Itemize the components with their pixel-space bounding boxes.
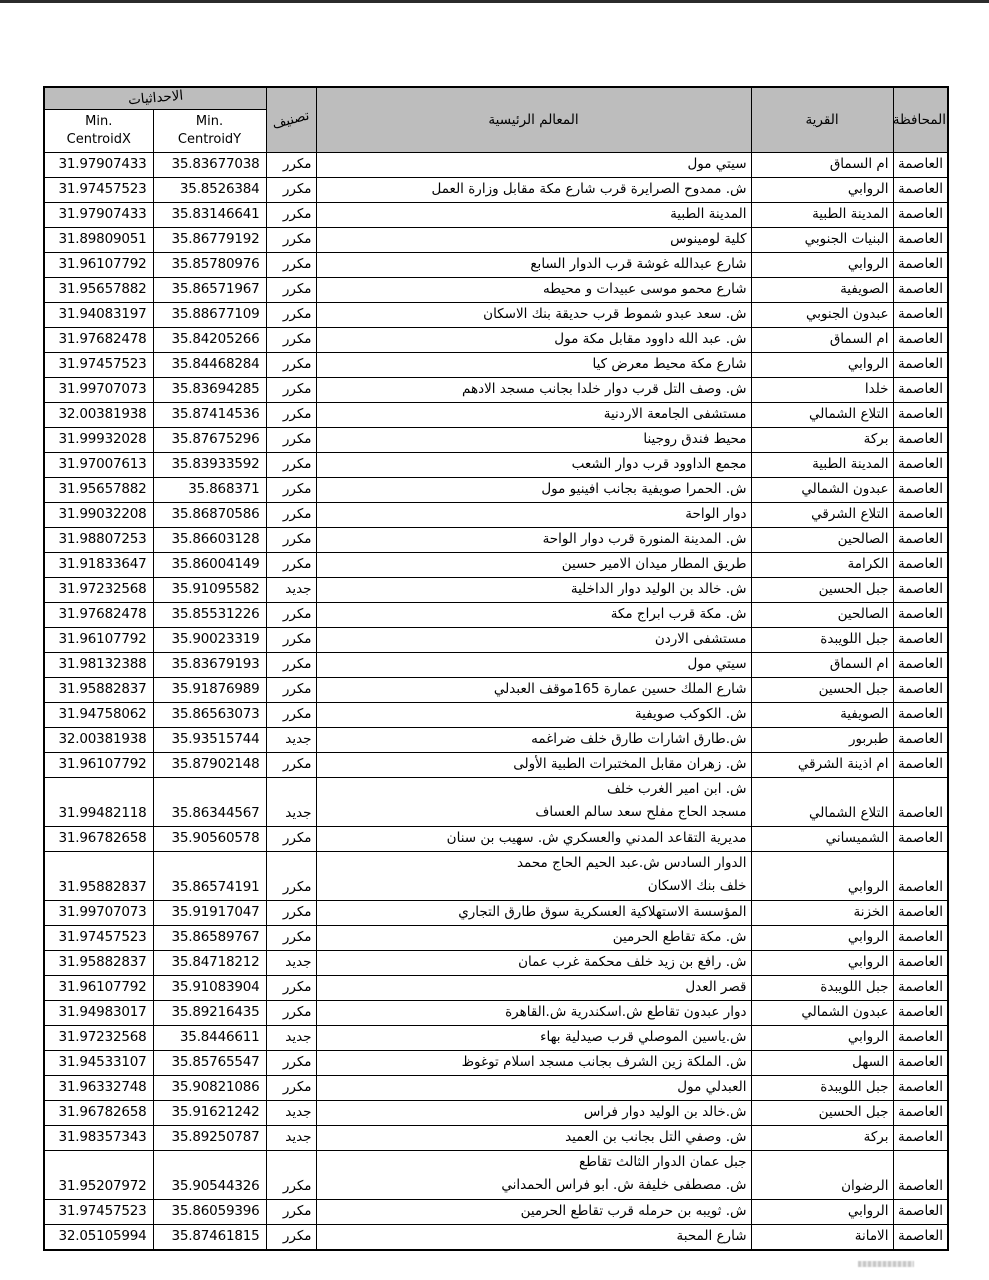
table-row: العاصمة جبل الحسين ش.خالد بن الوليد دوار… (44, 1100, 948, 1125)
cell-centroid-x: 31.94983017 (44, 1000, 153, 1025)
cell-centroid-x: 32.05105994 (44, 1224, 153, 1250)
cell-classification: مكرر (266, 851, 316, 900)
table-row: العاصمة ام السماق سيتي مول مكرر 35.83679… (44, 652, 948, 677)
cell-centroid-x: 31.97682478 (44, 602, 153, 627)
cell-classification: مكرر (266, 177, 316, 202)
cell-classification: مكرر (266, 702, 316, 727)
header-coordinates-label: الاحداثيات (127, 88, 183, 109)
cell-governorate: العاصمة (893, 925, 948, 950)
header-village-label: القرية (805, 112, 838, 128)
cell-village: الروابي (751, 1199, 893, 1224)
table-row: العاصمة ام السماق ش. عبد الله داوود مقاب… (44, 327, 948, 352)
header-governorate: المحافظة (893, 87, 948, 152)
table-row: العاصمة الكرامة طريق المطار ميدان الامير… (44, 552, 948, 577)
cell-governorate: العاصمة (893, 552, 948, 577)
cell-centroid-x: 31.96107792 (44, 627, 153, 652)
header-landmarks-label: المعالم الرئيسية (488, 112, 578, 128)
cell-landmark: دوار الواحة (316, 502, 751, 527)
cell-governorate: العاصمة (893, 1224, 948, 1250)
cell-centroid-x: 31.96782658 (44, 1100, 153, 1125)
cell-centroid-x: 31.97907433 (44, 202, 153, 227)
header-coordinates: الاحداثيات (44, 87, 266, 109)
cell-centroid-y: 35.85765547 (153, 1050, 266, 1075)
cell-centroid-x: 31.95882837 (44, 950, 153, 975)
cell-village: الروابي (751, 925, 893, 950)
cell-landmark: الدوار السادس ش.عبد الحيم الحاج محمدخلف … (316, 851, 751, 900)
table-row: العاصمة الرضوان جبل عمان الدوار الثالث ت… (44, 1150, 948, 1199)
cell-governorate: العاصمة (893, 1100, 948, 1125)
table-row: العاصمة البنيات الجنوبي كلية لومينوس مكر… (44, 227, 948, 252)
cell-landmark: ش. ابن امير الغرب خلفمسجد الحاج مفلح سعد… (316, 777, 751, 826)
cell-centroid-x: 32.00381938 (44, 727, 153, 752)
cell-landmark: ش. زهران مقابل المختبرات الطبية الأولى (316, 752, 751, 777)
cell-centroid-x: 31.98807253 (44, 527, 153, 552)
cell-landmark: قصر العدل (316, 975, 751, 1000)
cell-classification: مكرر (266, 277, 316, 302)
cell-landmark: شارع المحبة (316, 1224, 751, 1250)
cell-landmark: ش. الكوكب صويفية (316, 702, 751, 727)
cell-village: جبل اللويبدة (751, 1075, 893, 1100)
cell-governorate: العاصمة (893, 377, 948, 402)
cell-centroid-x: 31.97232568 (44, 1025, 153, 1050)
scan-artifact-line (0, 0, 989, 3)
cell-governorate: العاصمة (893, 202, 948, 227)
cell-centroid-y: 35.86574191 (153, 851, 266, 900)
cell-village: ام السماق (751, 327, 893, 352)
cell-centroid-y: 35.86344567 (153, 777, 266, 826)
table-row: العاصمة التلاع الشمالي مستشفى الجامعة ال… (44, 402, 948, 427)
table-row: العاصمة ام السماق سيتي مول مكرر 35.83677… (44, 152, 948, 177)
cell-governorate: العاصمة (893, 527, 948, 552)
table-row: العاصمة الروابي ش. ممدوح الصرايرة قرب شا… (44, 177, 948, 202)
table-row: العاصمة الصالحين ش. المدينة المنورة قرب … (44, 527, 948, 552)
cell-landmark: مجمع الداوود قرب دوار الشعب (316, 452, 751, 477)
table-row: العاصمة بركة محيط فندق روجينا مكرر 35.87… (44, 427, 948, 452)
cell-landmark: سيتي مول (316, 152, 751, 177)
cell-centroid-x: 31.97457523 (44, 1199, 153, 1224)
cell-centroid-x: 31.97457523 (44, 925, 153, 950)
cell-centroid-x: 31.97007613 (44, 452, 153, 477)
cell-centroid-x: 31.96107792 (44, 252, 153, 277)
cell-classification: مكرر (266, 352, 316, 377)
table-row: العاصمة الصويفية ش. الكوكب صويفية مكرر 3… (44, 702, 948, 727)
header-min-centroid-y: Min. CentroidY (153, 109, 266, 152)
cell-governorate: العاصمة (893, 851, 948, 900)
cell-village: الصويفية (751, 702, 893, 727)
cell-centroid-x: 31.97232568 (44, 577, 153, 602)
cell-centroid-x: 31.96782658 (44, 826, 153, 851)
cell-landmark: ش. وصف التل قرب دوار خلدا بجانب مسجد الا… (316, 377, 751, 402)
cell-governorate: العاصمة (893, 302, 948, 327)
cell-village: الروابي (751, 950, 893, 975)
table-body: العاصمة ام السماق سيتي مول مكرر 35.83677… (44, 152, 948, 1250)
cell-village: ام السماق (751, 152, 893, 177)
cell-centroid-y: 35.91876989 (153, 677, 266, 702)
cell-village: المدينة الطبية (751, 202, 893, 227)
cell-centroid-y: 35.83677038 (153, 152, 266, 177)
cell-classification: مكرر (266, 1199, 316, 1224)
header-classification: تصنيف (266, 87, 316, 152)
cell-centroid-y: 35.89250787 (153, 1125, 266, 1150)
cell-centroid-y: 35.91083904 (153, 975, 266, 1000)
cell-centroid-y: 35.90821086 (153, 1075, 266, 1100)
cell-classification: مكرر (266, 202, 316, 227)
cell-governorate: العاصمة (893, 452, 948, 477)
cell-governorate: العاصمة (893, 727, 948, 752)
cell-landmark: جبل عمان الدوار الثالث تقاطعش. مصطفى خلي… (316, 1150, 751, 1199)
cell-centroid-x: 32.00381938 (44, 402, 153, 427)
cell-landmark: ش. ثويبه بن حرمله قرب تقاطع الحرمين (316, 1199, 751, 1224)
cell-classification: جديد (266, 1025, 316, 1050)
cell-centroid-y: 35.86589767 (153, 925, 266, 950)
cell-classification: مكرر (266, 477, 316, 502)
cell-village: التلاع الشمالي (751, 777, 893, 826)
cell-governorate: العاصمة (893, 752, 948, 777)
table-row: العاصمة جبل الحسين ش. خالد بن الوليد دوا… (44, 577, 948, 602)
cell-governorate: العاصمة (893, 427, 948, 452)
cell-governorate: العاصمة (893, 1025, 948, 1050)
cell-village: طبربور (751, 727, 893, 752)
cell-classification: جديد (266, 577, 316, 602)
cell-landmark: المؤسسة الاستهلاكية العسكرية سوق طارق ال… (316, 900, 751, 925)
cell-centroid-y: 35.86059396 (153, 1199, 266, 1224)
cell-landmark: ش. رافع بن زيد خلف محكمة غرب عمان (316, 950, 751, 975)
table-row: العاصمة الصويفية شارع محمو موسى عبيدات و… (44, 277, 948, 302)
cell-village: السهل (751, 1050, 893, 1075)
cell-landmark: ش. وصفي التل بجانب بن العميد (316, 1125, 751, 1150)
cell-governorate: العاصمة (893, 1075, 948, 1100)
cell-classification: مكرر (266, 302, 316, 327)
table-row: العاصمة الصالحين ش. مكة قرب ابراج مكة مك… (44, 602, 948, 627)
cell-centroid-y: 35.85531226 (153, 602, 266, 627)
cell-classification: مكرر (266, 627, 316, 652)
cell-centroid-y: 35.83146641 (153, 202, 266, 227)
cell-village: بركة (751, 427, 893, 452)
cell-centroid-y: 35.84205266 (153, 327, 266, 352)
cell-village: الروابي (751, 851, 893, 900)
cell-centroid-x: 31.99707073 (44, 377, 153, 402)
table-row: العاصمة الروابي شارع عبدالله غوشة قرب ال… (44, 252, 948, 277)
cell-landmark: ش. الملكة زين الشرف بجانب مسجد اسلام توغ… (316, 1050, 751, 1075)
cell-landmark: سيتي مول (316, 652, 751, 677)
cell-centroid-y: 35.83679193 (153, 652, 266, 677)
cell-governorate: العاصمة (893, 602, 948, 627)
cell-classification: مكرر (266, 452, 316, 477)
cell-village: الصالحين (751, 602, 893, 627)
cell-governorate: العاصمة (893, 352, 948, 377)
cell-village: جبل الحسين (751, 1100, 893, 1125)
cell-governorate: العاصمة (893, 1125, 948, 1150)
cell-governorate: العاصمة (893, 327, 948, 352)
cell-village: الخزنة (751, 900, 893, 925)
cell-classification: جديد (266, 777, 316, 826)
cell-centroid-x: 31.96332748 (44, 1075, 153, 1100)
cell-governorate: العاصمة (893, 702, 948, 727)
cell-village: المدينة الطبية (751, 452, 893, 477)
cell-classification: جديد (266, 1125, 316, 1150)
cell-governorate: العاصمة (893, 402, 948, 427)
header-governorate-label: المحافظة (893, 112, 946, 128)
cell-centroid-x: 31.95657882 (44, 477, 153, 502)
table-row: العاصمة الشميساني مديرية التقاعد المدني … (44, 826, 948, 851)
cell-village: خلدا (751, 377, 893, 402)
cell-governorate: العاصمة (893, 152, 948, 177)
cell-governorate: العاصمة (893, 477, 948, 502)
cell-centroid-x: 31.91833647 (44, 552, 153, 577)
cell-classification: مكرر (266, 752, 316, 777)
header-classification-label: تصنيف (271, 107, 311, 132)
cell-centroid-x: 31.95207972 (44, 1150, 153, 1199)
table-row: العاصمة الامانة شارع المحبة مكرر 35.8746… (44, 1224, 948, 1250)
cell-classification: جديد (266, 1100, 316, 1125)
cell-landmark: طريق المطار ميدان الامير حسين (316, 552, 751, 577)
cell-landmark: ش.طارق اشارات طارق خلف ضراغمه (316, 727, 751, 752)
cell-landmark: ش. سعد عبدو شموط قرب حديقة بنك الاسكان (316, 302, 751, 327)
cell-centroid-y: 35.85780976 (153, 252, 266, 277)
cell-centroid-y: 35.87675296 (153, 427, 266, 452)
cell-village: الكرامة (751, 552, 893, 577)
cell-centroid-y: 35.87902148 (153, 752, 266, 777)
cell-centroid-y: 35.86571967 (153, 277, 266, 302)
cell-classification: مكرر (266, 1224, 316, 1250)
cell-classification: مكرر (266, 1050, 316, 1075)
cell-governorate: العاصمة (893, 627, 948, 652)
cell-village: جبل اللويبدة (751, 627, 893, 652)
cell-landmark: دوار عبدون تقاطع ش.اسكندرية ش.القاهرة (316, 1000, 751, 1025)
cell-centroid-x: 31.97457523 (44, 177, 153, 202)
cell-village: الروابي (751, 352, 893, 377)
cell-centroid-x: 31.98357343 (44, 1125, 153, 1150)
cell-centroid-y: 35.93515744 (153, 727, 266, 752)
cell-governorate: العاصمة (893, 1050, 948, 1075)
cell-centroid-x: 31.89809051 (44, 227, 153, 252)
cell-classification: مكرر (266, 826, 316, 851)
cell-classification: مكرر (266, 427, 316, 452)
cell-centroid-x: 31.97907433 (44, 152, 153, 177)
cell-governorate: العاصمة (893, 277, 948, 302)
cell-village: الامانة (751, 1224, 893, 1250)
cell-village: التلاع الشمالي (751, 402, 893, 427)
cell-classification: مكرر (266, 1000, 316, 1025)
cell-classification: مكرر (266, 677, 316, 702)
cell-centroid-x: 31.95882837 (44, 677, 153, 702)
cell-landmark: ش. مكة تقاطع الحرمين (316, 925, 751, 950)
cell-governorate: العاصمة (893, 577, 948, 602)
cell-centroid-y: 35.83933592 (153, 452, 266, 477)
cell-centroid-y: 35.86563073 (153, 702, 266, 727)
cell-landmark: ش. ممدوح الصرايرة قرب شارع مكة مقابل وزا… (316, 177, 751, 202)
table-row: العاصمة جبل اللويبدة العبدلي مول مكرر 35… (44, 1075, 948, 1100)
cell-village: جبل الحسين (751, 577, 893, 602)
cell-landmark: مديرية التقاعد المدني والعسكري ش. سهيب ب… (316, 826, 751, 851)
cell-landmark: ش. خالد بن الوليد دوار الداخلية (316, 577, 751, 602)
cell-classification: مكرر (266, 602, 316, 627)
cell-classification: مكرر (266, 502, 316, 527)
cell-village: جبل اللويبدة (751, 975, 893, 1000)
cell-classification: مكرر (266, 652, 316, 677)
cell-governorate: العاصمة (893, 900, 948, 925)
cell-classification: مكرر (266, 1075, 316, 1100)
cell-classification: مكرر (266, 152, 316, 177)
cell-village: الروابي (751, 1025, 893, 1050)
cell-village: عبدون الشمالي (751, 1000, 893, 1025)
cell-village: الروابي (751, 252, 893, 277)
cell-classification: جديد (266, 950, 316, 975)
cell-centroid-y: 35.84468284 (153, 352, 266, 377)
cell-centroid-x: 31.95657882 (44, 277, 153, 302)
table-row: العاصمة التلاع الشرقي دوار الواحة مكرر 3… (44, 502, 948, 527)
cell-centroid-x: 31.94758062 (44, 702, 153, 727)
cell-governorate: العاصمة (893, 777, 948, 826)
cell-classification: مكرر (266, 402, 316, 427)
cell-governorate: العاصمة (893, 177, 948, 202)
cell-centroid-y: 35.8526384 (153, 177, 266, 202)
cell-landmark: ش. مكة قرب ابراج مكة (316, 602, 751, 627)
cell-centroid-x: 31.99482118 (44, 777, 153, 826)
cell-village: الشميساني (751, 826, 893, 851)
cell-centroid-y: 35.90544326 (153, 1150, 266, 1199)
table-row: العاصمة طبربور ش.طارق اشارات طارق خلف ضر… (44, 727, 948, 752)
cell-centroid-y: 35.91095582 (153, 577, 266, 602)
cell-classification: مكرر (266, 377, 316, 402)
cell-classification: مكرر (266, 327, 316, 352)
cell-village: الروابي (751, 177, 893, 202)
cell-centroid-y: 35.83694285 (153, 377, 266, 402)
locations-table: المحافظة القرية المعالم الرئيسية تصنيف ا… (43, 86, 949, 1251)
cell-centroid-x: 31.99932028 (44, 427, 153, 452)
cell-centroid-x: 31.94533107 (44, 1050, 153, 1075)
table-row: العاصمة عبدون الشمالي ش. الحمرا صويفية ب… (44, 477, 948, 502)
cell-classification: مكرر (266, 975, 316, 1000)
cell-classification: مكرر (266, 1150, 316, 1199)
table-row: العاصمة الروابي ش. مكة تقاطع الحرمين مكر… (44, 925, 948, 950)
cell-centroid-x: 31.95882837 (44, 851, 153, 900)
cell-classification: مكرر (266, 227, 316, 252)
cell-centroid-y: 35.86603128 (153, 527, 266, 552)
cell-village: الصويفية (751, 277, 893, 302)
cell-centroid-y: 35.90023319 (153, 627, 266, 652)
cell-centroid-y: 35.87461815 (153, 1224, 266, 1250)
cell-centroid-y: 35.86870586 (153, 502, 266, 527)
table-row: العاصمة بركة ش. وصفي التل بجانب بن العمي… (44, 1125, 948, 1150)
cell-village: التلاع الشرقي (751, 502, 893, 527)
cell-centroid-x: 31.96107792 (44, 975, 153, 1000)
cell-centroid-y: 35.86779192 (153, 227, 266, 252)
cell-landmark: مستشفى الجامعة الاردنية (316, 402, 751, 427)
cell-landmark: شارع محمو موسى عبيدات و محيطه (316, 277, 751, 302)
table-row: العاصمة السهل ش. الملكة زين الشرف بجانب … (44, 1050, 948, 1075)
cell-landmark: مستشفى الاردن (316, 627, 751, 652)
table-row: العاصمة عبدون الجنوبي ش. سعد عبدو شموط ق… (44, 302, 948, 327)
cell-classification: مكرر (266, 925, 316, 950)
cell-centroid-x: 31.97682478 (44, 327, 153, 352)
cell-centroid-y: 35.88677109 (153, 302, 266, 327)
cell-centroid-y: 35.868371 (153, 477, 266, 502)
cell-governorate: العاصمة (893, 502, 948, 527)
cell-classification: مكرر (266, 552, 316, 577)
table-header: المحافظة القرية المعالم الرئيسية تصنيف ا… (44, 87, 948, 152)
cell-governorate: العاصمة (893, 652, 948, 677)
cell-centroid-y: 35.87414536 (153, 402, 266, 427)
table-row: العاصمة جبل الحسين شارع الملك حسين عمارة… (44, 677, 948, 702)
cell-village: البنيات الجنوبي (751, 227, 893, 252)
cell-village: الرضوان (751, 1150, 893, 1199)
cell-landmark: محيط فندق روجينا (316, 427, 751, 452)
cell-landmark: ش. المدينة المنورة قرب دوار الواحة (316, 527, 751, 552)
table-row: العاصمة الروابي ش. ثويبه بن حرمله قرب تق… (44, 1199, 948, 1224)
cell-classification: جديد (266, 727, 316, 752)
cell-village: عبدون الجنوبي (751, 302, 893, 327)
table-row: العاصمة الخزنة المؤسسة الاستهلاكية العسك… (44, 900, 948, 925)
header-village: القرية (751, 87, 893, 152)
cell-centroid-y: 35.84718212 (153, 950, 266, 975)
cell-centroid-y: 35.86004149 (153, 552, 266, 577)
cell-village: عبدون الشمالي (751, 477, 893, 502)
cell-landmark: شارع مكة محيط معرض كيا (316, 352, 751, 377)
cell-landmark: شارع عبدالله غوشة قرب الدوار السابع (316, 252, 751, 277)
header-landmarks: المعالم الرئيسية (316, 87, 751, 152)
table-row: العاصمة خلدا ش. وصف التل قرب دوار خلدا ب… (44, 377, 948, 402)
table-row: العاصمة الروابي الدوار السادس ش.عبد الحي… (44, 851, 948, 900)
cell-centroid-x: 31.99032208 (44, 502, 153, 527)
cell-governorate: العاصمة (893, 826, 948, 851)
table-row: العاصمة ام اذينة الشرقي ش. زهران مقابل ا… (44, 752, 948, 777)
cell-village: جبل الحسين (751, 677, 893, 702)
cell-classification: مكرر (266, 900, 316, 925)
cell-centroid-y: 35.91917047 (153, 900, 266, 925)
cell-village: ام اذينة الشرقي (751, 752, 893, 777)
cell-governorate: العاصمة (893, 227, 948, 252)
table-row: العاصمة جبل اللويبدة مستشفى الاردن مكرر … (44, 627, 948, 652)
cell-centroid-y: 35.8446611 (153, 1025, 266, 1050)
cell-governorate: العاصمة (893, 252, 948, 277)
cell-centroid-x: 31.96107792 (44, 752, 153, 777)
cell-landmark: المدينة الطبية (316, 202, 751, 227)
cell-governorate: العاصمة (893, 1150, 948, 1199)
cell-centroid-x: 31.97457523 (44, 352, 153, 377)
cell-landmark: العبدلي مول (316, 1075, 751, 1100)
table-row: العاصمة الروابي ش. رافع بن زيد خلف محكمة… (44, 950, 948, 975)
cell-governorate: العاصمة (893, 1000, 948, 1025)
table-row: العاصمة المدينة الطبية المدينة الطبية مك… (44, 202, 948, 227)
cell-classification: مكرر (266, 527, 316, 552)
cell-centroid-x: 31.99707073 (44, 900, 153, 925)
cell-centroid-x: 31.94083197 (44, 302, 153, 327)
cell-governorate: العاصمة (893, 975, 948, 1000)
cell-village: بركة (751, 1125, 893, 1150)
cell-centroid-y: 35.90560578 (153, 826, 266, 851)
table-row: العاصمة المدينة الطبية مجمع الداوود قرب … (44, 452, 948, 477)
cell-landmark: ش. عبد الله داوود مقابل مكة مول (316, 327, 751, 352)
cell-landmark: ش. الحمرا صويفية بجانب افينيو مول (316, 477, 751, 502)
cell-centroid-y: 35.91621242 (153, 1100, 266, 1125)
cell-centroid-x: 31.98132388 (44, 652, 153, 677)
cell-village: ام السماق (751, 652, 893, 677)
scanner-watermark (858, 1261, 914, 1267)
cell-governorate: العاصمة (893, 950, 948, 975)
table-row: العاصمة جبل اللويبدة قصر العدل مكرر 35.9… (44, 975, 948, 1000)
cell-classification: مكرر (266, 252, 316, 277)
cell-centroid-y: 35.89216435 (153, 1000, 266, 1025)
cell-governorate: العاصمة (893, 677, 948, 702)
table-row: العاصمة التلاع الشمالي ش. ابن امير الغرب… (44, 777, 948, 826)
cell-landmark: كلية لومينوس (316, 227, 751, 252)
table-row: العاصمة عبدون الشمالي دوار عبدون تقاطع ش… (44, 1000, 948, 1025)
scanned-document-page: المحافظة القرية المعالم الرئيسية تصنيف ا… (0, 0, 989, 1280)
cell-landmark: ش.خالد بن الوليد دوار فراس (316, 1100, 751, 1125)
cell-village: الصالحين (751, 527, 893, 552)
header-min-centroid-x: Min. CentroidX (44, 109, 153, 152)
